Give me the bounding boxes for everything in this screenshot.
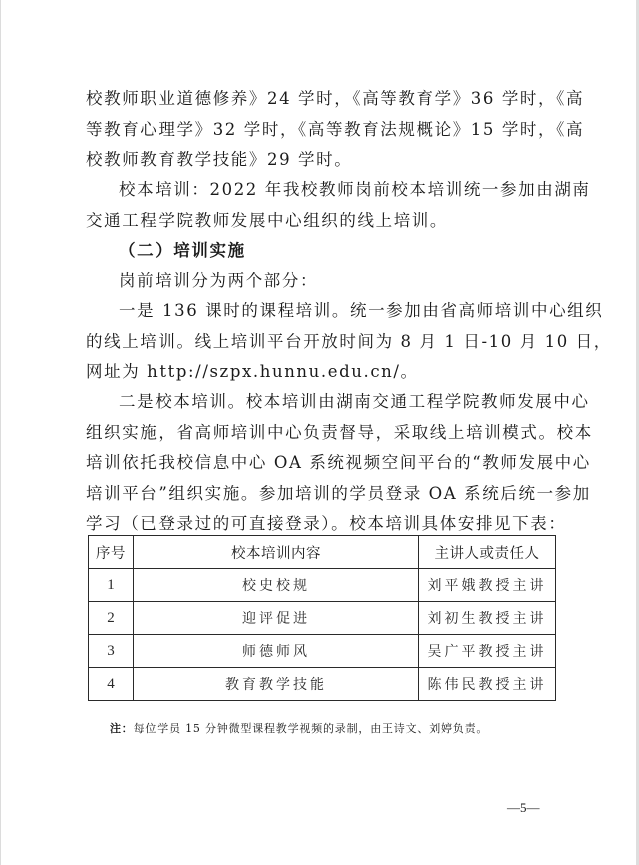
text-line: 培训平台”组织实施。参加培训的学员登录 OA 系统后统一参加 bbox=[86, 479, 556, 510]
cell-number: 4 bbox=[89, 668, 134, 701]
note-label: 注： bbox=[110, 722, 134, 735]
paragraph-two-parts: 岗前培训分为两个部分： bbox=[86, 266, 556, 297]
table-row: 1 校史校规 刘平娥教授主讲 bbox=[89, 569, 556, 602]
text-line: 培训依托我校信息中心 OA 系统视频空间平台的“教师发展中心 bbox=[86, 448, 556, 479]
cell-content: 校史校规 bbox=[134, 569, 419, 602]
paragraph-course-training: 一是 136 课时的课程培训。统一参加由省高师培训中心组织 的线上培训。线上培训… bbox=[86, 296, 556, 388]
cell-lecturer: 刘初生教授主讲 bbox=[419, 602, 556, 635]
cell-content: 教育教学技能 bbox=[134, 668, 419, 701]
paragraph-school-based-training: 二是校本培训。校本培训由湖南交通工程学院教师发展中心 组织实施，省高师培训中心负… bbox=[86, 387, 556, 540]
cell-content: 师德师风 bbox=[134, 635, 419, 668]
text-line: 校教师教育教学技能》29 学时。 bbox=[86, 145, 556, 176]
paragraph-school-training: 校本培训：2022 年我校教师岗前校本培训统一参加由湖南 交通工程学院教师发展中… bbox=[86, 175, 556, 236]
text-line: 校教师职业道德修养》24 学时，《高等教育学》36 学时，《高 bbox=[86, 84, 556, 115]
text-line: 的线上培训。线上培训平台开放时间为 8 月 1 日-10 月 10 日， bbox=[86, 327, 556, 358]
note-text: 每位学员 15 分钟微型课程教学视频的录制，由王诗文、刘婷负责。 bbox=[134, 722, 489, 735]
section-heading-training-implementation: （二）培训实施 bbox=[86, 236, 556, 267]
text-line: 岗前培训分为两个部分： bbox=[86, 266, 556, 297]
text-line: 一是 136 课时的课程培训。统一参加由省高师培训中心组织 bbox=[86, 296, 556, 327]
table-row: 3 师德师风 吴广平教授主讲 bbox=[89, 635, 556, 668]
cell-number: 1 bbox=[89, 569, 134, 602]
text-line: 等教育心理学》32 学时，《高等教育法规概论》15 学时，《高 bbox=[86, 115, 556, 146]
cell-lecturer: 吴广平教授主讲 bbox=[419, 635, 556, 668]
table-header-row: 序号 校本培训内容 主讲人或责任人 bbox=[89, 536, 556, 569]
section-heading: （二）培训实施 bbox=[86, 236, 556, 267]
cell-number: 3 bbox=[89, 635, 134, 668]
header-content: 校本培训内容 bbox=[134, 536, 419, 569]
paragraph-course-hours: 校教师职业道德修养》24 学时，《高等教育学》36 学时，《高 等教育心理学》3… bbox=[86, 84, 556, 176]
document-page: 校教师职业道德修养》24 学时，《高等教育学》36 学时，《高 等教育心理学》3… bbox=[0, 0, 636, 865]
table-footnote: 注：每位学员 15 分钟微型课程教学视频的录制，由王诗文、刘婷负责。 bbox=[110, 720, 488, 736]
table-row: 4 教育教学技能 陈伟民教授主讲 bbox=[89, 668, 556, 701]
page-number: —5— bbox=[507, 800, 540, 816]
cell-content: 迎评促进 bbox=[134, 602, 419, 635]
training-schedule-table: 序号 校本培训内容 主讲人或责任人 1 校史校规 刘平娥教授主讲 2 迎评促进 … bbox=[88, 535, 556, 701]
cell-lecturer: 陈伟民教授主讲 bbox=[419, 668, 556, 701]
header-lecturer: 主讲人或责任人 bbox=[419, 536, 556, 569]
header-number: 序号 bbox=[89, 536, 134, 569]
text-line: 校本培训：2022 年我校教师岗前校本培训统一参加由湖南 bbox=[86, 175, 556, 206]
text-line: 网址为 http://szpx.hunnu.edu.cn/。 bbox=[86, 357, 556, 388]
table-row: 2 迎评促进 刘初生教授主讲 bbox=[89, 602, 556, 635]
text-line: 二是校本培训。校本培训由湖南交通工程学院教师发展中心 bbox=[86, 387, 556, 418]
cell-lecturer: 刘平娥教授主讲 bbox=[419, 569, 556, 602]
cell-number: 2 bbox=[89, 602, 134, 635]
text-line: 组织实施，省高师培训中心负责督导，采取线上培训模式。校本 bbox=[86, 418, 556, 449]
text-line: 交通工程学院教师发展中心组织的线上培训。 bbox=[86, 206, 556, 237]
